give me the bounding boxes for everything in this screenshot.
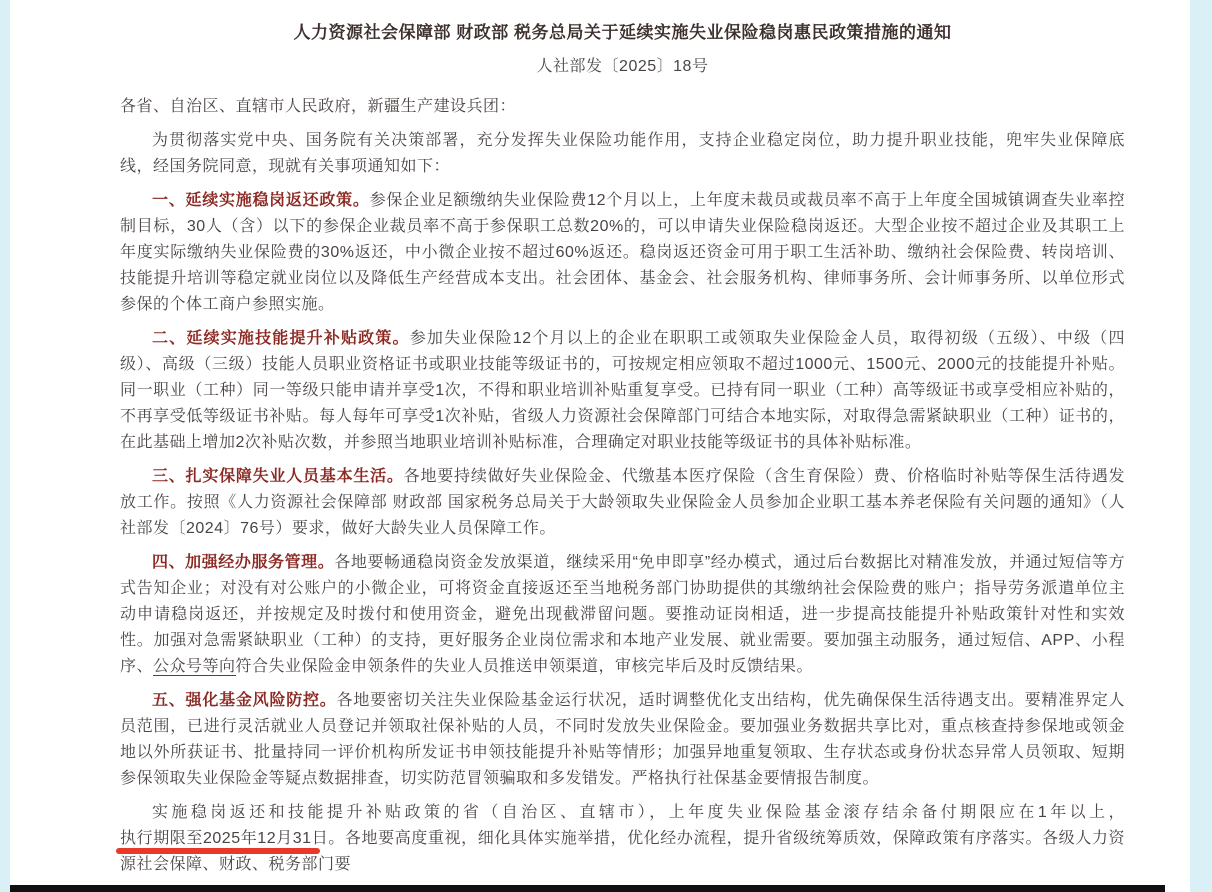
section-5-paragraph: 五、强化基金风险防控。各地要密切关注失业保险基金运行状况，适时调整优化支出结构，… (120, 688, 1125, 792)
section-4-paragraph: 四、加强经办服务管理。各地要畅通稳岗资金发放渠道，继续采用“免申即享”经办模式，… (120, 550, 1125, 680)
section-1-paragraph: 一、延续实施稳岗返还政策。参保企业足额缴纳失业保险费12个月以上，上年度未裁员或… (120, 188, 1125, 318)
closing-paragraph: 实施稳岗返还和技能提升补贴政策的省（自治区、直辖市），上年度失业保险基金滚存结余… (120, 800, 1125, 878)
section-4-heading: 四、加强经办服务管理。 (152, 554, 334, 571)
section-3-heading: 三、扎实保障失业人员基本生活。 (152, 468, 404, 485)
intro-paragraph: 为贯彻落实党中央、国务院有关决策部署，充分发挥失业保险功能作用，支持企业稳定岗位… (120, 128, 1125, 180)
section-4-body-after: 符合失业保险金申领条件的失业人员推送申领渠道，审核完毕后及时反馈结果。 (236, 658, 814, 675)
section-1-heading: 一、延续实施稳岗返还政策。 (152, 192, 370, 209)
document-page: 人力资源社会保障部 财政部 税务总局关于延续实施失业保险稳岗惠民政策措施的通知 … (0, 0, 1212, 892)
salutation-line: 各省、自治区、直辖市人民政府，新疆生产建设兵团： (120, 94, 1125, 120)
section-2-body: 参加失业保险12个月以上的企业在职职工或领取失业保险金人员，取得初级（五级）、中… (120, 330, 1125, 451)
document-number: 人社部发〔2025〕18号 (120, 54, 1125, 80)
section-3-paragraph: 三、扎实保障失业人员基本生活。各地要持续做好失业保险金、代缴基本医疗保险（含生育… (120, 464, 1125, 542)
bottom-cutoff-bar (10, 885, 1165, 892)
document-title: 人力资源社会保障部 财政部 税务总局关于延续实施失业保险稳岗惠民政策措施的通知 (120, 20, 1125, 46)
section-4-body-before: 各地要畅通稳岗资金发放渠道，继续采用“免申即享”经办模式，通过后台数据比对精准发… (120, 554, 1125, 675)
section-2-paragraph: 二、延续实施技能提升补贴政策。参加失业保险12个月以上的企业在职职工或领取失业保… (120, 326, 1125, 456)
section-4-underlined-phrase: 公众号等向 (153, 658, 236, 676)
page-right-border (1190, 0, 1212, 892)
closing-highlighted-deadline: 执行期限至2025年12月31 (120, 830, 312, 847)
section-1-body: 参保企业足额缴纳失业保险费12个月以上，上年度未裁员或裁员率不高于上年度全国城镇… (120, 192, 1125, 313)
document-body: 人力资源社会保障部 财政部 税务总局关于延续实施失业保险稳岗惠民政策措施的通知 … (120, 0, 1125, 878)
page-left-border (0, 0, 10, 892)
closing-text-1: 实施稳岗返还和技能提升补贴政策的省（自治区、直辖市），上年度失业保险基金滚存结余… (152, 804, 1125, 821)
section-2-heading: 二、延续实施技能提升补贴政策。 (152, 330, 410, 347)
section-5-heading: 五、强化基金风险防控。 (152, 692, 337, 709)
